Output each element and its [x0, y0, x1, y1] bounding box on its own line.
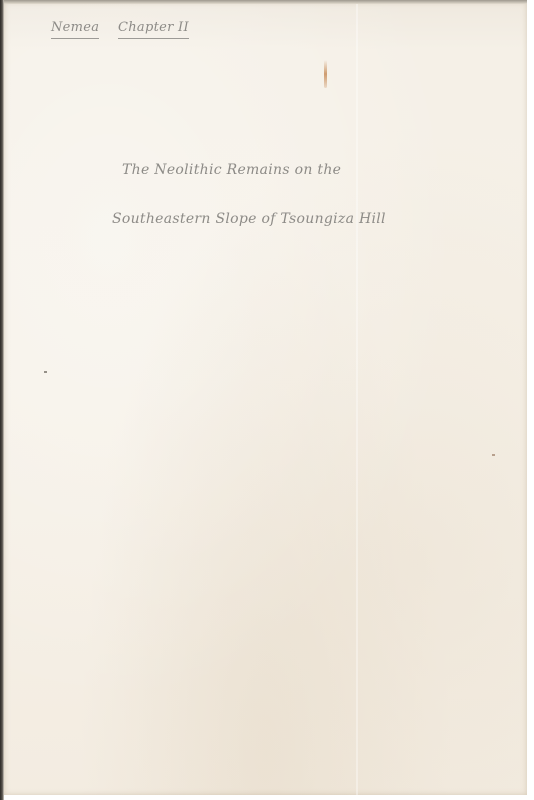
paper-fold-line — [356, 4, 358, 797]
scan-edge-top — [4, 0, 527, 4]
header-chapter-label: Chapter II — [118, 20, 189, 39]
document-title-line-2: Southeastern Slope of Tsoungiza Hill — [112, 211, 386, 227]
header-site-label: Nemea — [51, 20, 99, 39]
scanned-document: Nemea Chapter II The Neolithic Remains o… — [0, 0, 534, 800]
paper-speck — [492, 454, 495, 456]
document-title-line-1: The Neolithic Remains on the — [122, 162, 341, 178]
paper-speck — [44, 371, 47, 373]
paper-sheet — [4, 2, 527, 795]
rust-stain-mark — [324, 60, 327, 88]
